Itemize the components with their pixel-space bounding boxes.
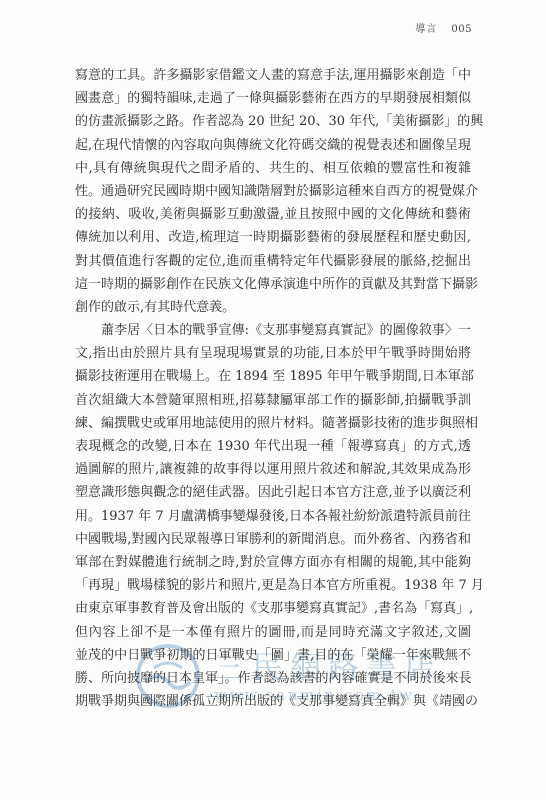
text-line: 塑意識形態與觀念的絕佳武器。因此引起日本官方注意,並予以廣泛利 xyxy=(75,481,471,504)
paragraph-new: 蕭李居〈日本的戰爭宣傳:《支那事變寫真實記》的圖像敘事〉一文,指出由於照片具有呈… xyxy=(75,319,471,713)
text-line: 練、編撰戰史或軍用地誌使用的照片材料。隨著攝影技術的進步與照相 xyxy=(75,412,471,435)
text-line: 傳統加以利用、改造,梳理這一時期攝影藝術的發展歷程和歷史動因, xyxy=(75,226,471,249)
text-line: 國畫意」的獨特韻味,走過了一條與攝影藝術在西方的早期發展相類似 xyxy=(75,87,471,110)
text-line: 對其價值進行客觀的定位,進而重構特定年代攝影發展的脈絡,挖掘出 xyxy=(75,250,471,273)
text-line: 首次組織大本營隨軍照相班,招募隸屬軍部工作的攝影師,拍攝戰爭訓 xyxy=(75,389,471,412)
page-header: 導言 005 xyxy=(415,20,472,35)
text-line: 期戰爭期與國際關係孤立期所出版的《支那事變寫真全輯》與《靖國の xyxy=(75,690,471,713)
text-line: 軍部在對媒體進行統制之時,對於宣傳方面亦有相關的規範,其中能夠 xyxy=(75,551,471,574)
text-line: 起,在現代情懷的內容取向與傳統文化符碼交織的視覺表述和圖像呈現 xyxy=(75,134,471,157)
text-line: 創作的啟示,有其時代意義。 xyxy=(75,296,471,319)
text-line: 勝、所向披靡的日本皇軍」。作者認為該書的內容確實是不同於後來長 xyxy=(75,667,471,690)
text-line: 蕭李居〈日本的戰爭宣傳:《支那事變寫真實記》的圖像敘事〉一 xyxy=(75,319,471,342)
paragraph-continued: 寫意的工具。許多攝影家借鑑文人畫的寫意手法,運用攝影來創造「中國畫意」的獨特韻味… xyxy=(75,64,471,319)
book-page: 導言 005 三民網路書店 www.sanmin.com.tw 寫意的工具。許多… xyxy=(0,0,546,800)
text-line: 攝影技術運用在戰場上。在 1894 至 1895 年甲午戰爭期間,日本軍部 xyxy=(75,365,471,388)
text-line: 性。通過研究民國時期中國知識階層對於攝影這種來自西方的視覺媒介 xyxy=(75,180,471,203)
text-line: 的仿畫派攝影之路。作者認為 20 世紀 20、30 年代,「美術攝影」的興 xyxy=(75,110,471,133)
text-line: 「再現」戰場樣貌的影片和照片,更是為日本官方所重視。1938 年 7 月 xyxy=(75,574,471,597)
text-line: 表現概念的改變,日本在 1930 年代出現一種「報導寫真」的方式,透 xyxy=(75,435,471,458)
text-line: 寫意的工具。許多攝影家借鑑文人畫的寫意手法,運用攝影來創造「中 xyxy=(75,64,471,87)
text-line: 的接納、吸收,美術與攝影互動激盪,並且按照中國的文化傳統和藝術 xyxy=(75,203,471,226)
text-line: 文,指出由於照片具有呈現現場實景的功能,日本於甲午戰爭時開始將 xyxy=(75,342,471,365)
text-line: 這一時期的攝影創作在民族文化傳承演進中所作的貢獻及其對當下攝影 xyxy=(75,273,471,296)
text-line: 中,具有傳統與現代之間矛盾的、共生的、相互依賴的豐富性和複雜 xyxy=(75,157,471,180)
text-line: 中國戰場,對國內民眾報導日軍勝利的新聞消息。而外務省、內務省和 xyxy=(75,528,471,551)
text-line: 但內容上卻不是一本僅有照片的圖冊,而是同時充滿文字敘述,文圖 xyxy=(75,621,471,644)
body-text: 寫意的工具。許多攝影家借鑑文人畫的寫意手法,運用攝影來創造「中國畫意」的獨特韻味… xyxy=(75,64,471,713)
section-title: 導言 xyxy=(415,20,437,35)
text-line: 並茂的中日戰爭初期的日軍戰史「圖」書,目的在「榮耀一年來戰無不 xyxy=(75,644,471,667)
text-line: 過圖解的照片,讓複雜的故事得以運用照片敘述和解說,其效果成為形 xyxy=(75,458,471,481)
text-line: 由東京軍事教育普及會出版的《支那事變寫真實記》,書名為「寫真」, xyxy=(75,597,471,620)
page-number: 005 xyxy=(451,24,472,35)
text-line: 用。1937 年 7 月盧溝橋事變爆發後,日本各報社紛紛派遣特派員前往 xyxy=(75,505,471,528)
